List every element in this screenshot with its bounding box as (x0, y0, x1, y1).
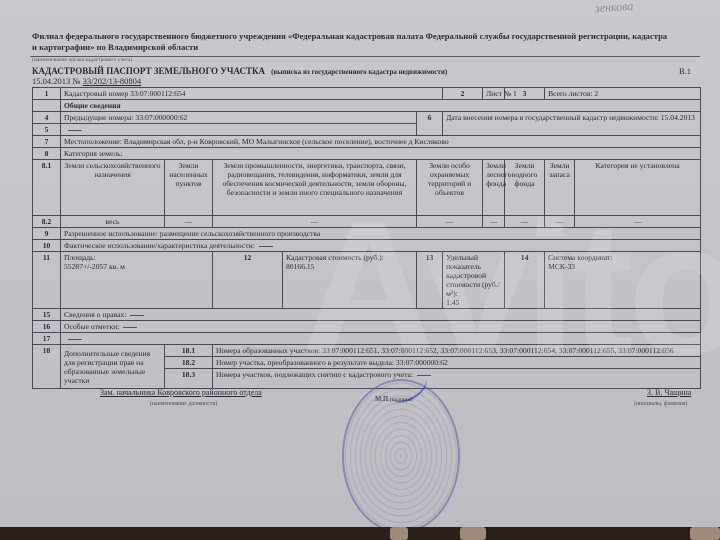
cadastral-value: Кадастровая стоимость (руб.):80166.15 (283, 252, 417, 309)
land-category-label: Категория земель: (61, 148, 701, 160)
table-surface (0, 527, 720, 540)
table-row: 1 Кадастровый номер 33:07:000112:654 2 Л… (33, 88, 701, 100)
stamp-label: М.П.(подпись) (375, 395, 413, 403)
rights-info: Сведения о правах: (61, 309, 701, 321)
table-row: 15 Сведения о правах: (33, 309, 701, 321)
coordinate-system: Система координат:МСК-33 (545, 252, 701, 309)
table-row: 7 Местоположение: Владимирская обл, р-н … (33, 136, 701, 148)
permitted-use: Разрешенное использование: размещение се… (61, 228, 701, 240)
sheet-number: Лист № 1 (483, 88, 505, 100)
total-sheets: Всего листов: 2 (545, 88, 701, 100)
signer-name: З. В. Чащина (647, 388, 691, 397)
area: Площадь:55287+/-2057 кв. м (61, 252, 213, 309)
table-row: 9 Разрешенное использование: размещение … (33, 228, 701, 240)
cadastral-table: 1 Кадастровый номер 33:07:000112:654 2 Л… (32, 87, 701, 389)
table-row: 16 Особые отметки: (33, 321, 701, 333)
formed-plots: Номера образованных участков: 33:07:0001… (213, 345, 701, 357)
specific-value: Удельный показатель кадастровой стоимост… (443, 252, 505, 309)
organization-caption: (наименование органа кадастрового учета) (32, 57, 132, 63)
cadastral-number: Кадастровый номер 33:07:000112:654 (61, 88, 443, 100)
additional-info-label: Дополнительные сведения для регистрации … (61, 345, 165, 389)
table-row: 8.2 весь — — — — — — — (33, 216, 701, 228)
removed-plots: Номера участков, подлежащих снятию с кад… (213, 369, 701, 389)
registration-date: Дата внесения номера в государственный к… (443, 112, 701, 136)
table-row: 11 Площадь:55287+/-2057 кв. м 12 Кадастр… (33, 252, 701, 309)
previous-numbers: Предыдущие номера: 33:07:000000:62 (61, 112, 417, 124)
special-notes: Особые отметки: (61, 321, 701, 333)
section-general: Общие сведения (61, 100, 701, 112)
signer-position: Зам. начальника Ковровского районного от… (100, 388, 262, 397)
table-row: 8.1 Земли сельскохозяйственного назначен… (33, 160, 701, 216)
table-row: 17 (33, 333, 701, 345)
table-row: Общие сведения (33, 100, 701, 112)
handwritten-note: зенкова (595, 0, 634, 16)
actual-use: Фактическое использование/характеристика… (61, 240, 701, 252)
position-caption: (наименование должности) (150, 401, 217, 407)
table-row: 18 Дополнительные сведения для регистрац… (33, 345, 701, 357)
document-title: КАДАСТРОВЫЙ ПАСПОРТ ЗЕМЕЛЬНОГО УЧАСТКА(в… (32, 66, 447, 76)
form-code: В.1 (679, 66, 691, 76)
document-page: зенкова Филиал федерального государствен… (0, 0, 720, 527)
organization-name: Филиал федерального государственного бюд… (32, 31, 672, 53)
name-caption: (инициалы, фамилия) (634, 401, 687, 407)
transformed-plot: Номер участка, преобразованного в резуль… (213, 357, 701, 369)
location: Местоположение: Владимирская обл, р-н Ко… (61, 136, 701, 148)
table-row: 8 Категория земель: (33, 148, 701, 160)
document-date-number: 15.04.2013 № 33/202/13-80804 (32, 76, 141, 86)
table-row: 10 Фактическое использование/характерист… (33, 240, 701, 252)
table-row: 4 Предыдущие номера: 33:07:000000:62 6 Д… (33, 112, 701, 124)
